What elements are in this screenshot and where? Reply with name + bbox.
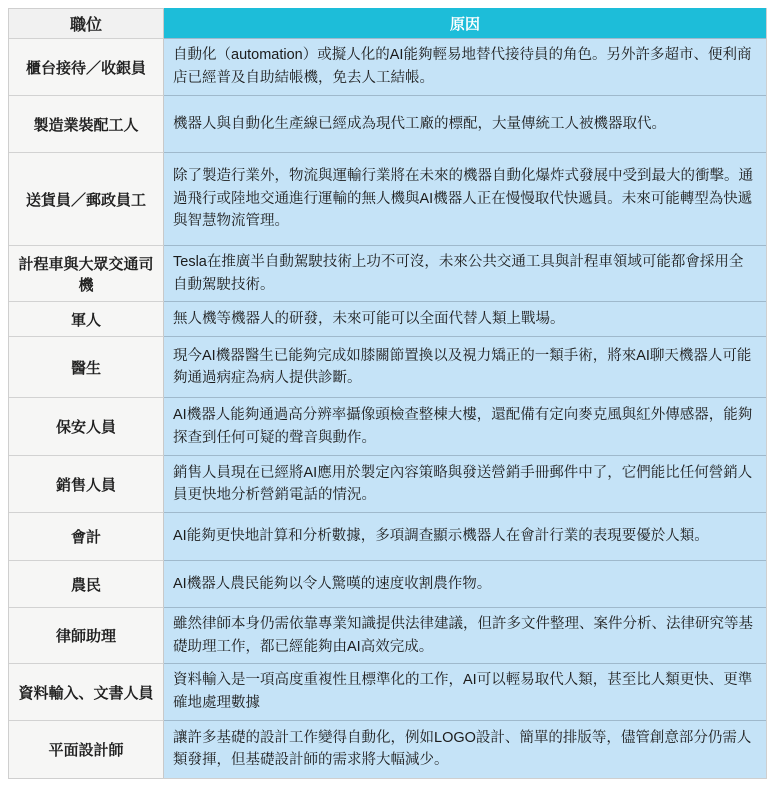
table-row: 會計 AI能夠更快地計算和分析數據，多項調查顯示機器人在會計行業的表現要優於人類…: [9, 512, 766, 560]
table-row: 律師助理 雖然律師本身仍需依靠專業知識提供法律建議，但許多文件整理、案件分析、法…: [9, 607, 766, 663]
table-row: 資料輸入、文書人員 資料輸入是一項高度重複性且標準化的工作，AI可以輕易取代人類…: [9, 663, 766, 719]
job-cell: 農民: [9, 560, 164, 607]
reason-cell: 機器人與自動化生產線已經成為現代工廠的標配，大量傳統工人被機器取代。: [164, 95, 766, 152]
table-body: 櫃台接待／收銀員 自動化（automation）或擬人化的AI能夠輕易地替代接待…: [9, 38, 766, 778]
job-cell: 醫生: [9, 336, 164, 397]
job-column-header: 職位: [9, 8, 164, 38]
reason-cell: 自動化（automation）或擬人化的AI能夠輕易地替代接待員的角色。另外許多…: [164, 38, 766, 95]
job-cell: 保安人員: [9, 397, 164, 455]
table-row: 製造業裝配工人 機器人與自動化生產線已經成為現代工廠的標配，大量傳統工人被機器取…: [9, 95, 766, 152]
table-row: 軍人 無人機等機器人的研發，未來可能可以全面代替人類上戰場。: [9, 301, 766, 336]
reason-cell: 讓許多基礎的設計工作變得自動化，例如LOGO設計、簡單的排版等，儘管創意部分仍需…: [164, 720, 766, 778]
table-row: 農民 AI機器人農民能夠以令人驚嘆的速度收割農作物。: [9, 560, 766, 607]
reason-column-header: 原因: [164, 8, 766, 38]
reason-cell: 無人機等機器人的研發，未來可能可以全面代替人類上戰場。: [164, 301, 766, 336]
table-header-row: 職位 原因: [9, 8, 766, 38]
job-cell: 資料輸入、文書人員: [9, 663, 164, 719]
reason-cell: AI機器人能夠通過高分辨率攝像頭檢查整棟大樓，還配備有定向麥克風與紅外傳感器，能…: [164, 397, 766, 455]
jobs-replaced-by-ai-table: 職位 原因 櫃台接待／收銀員 自動化（automation）或擬人化的AI能夠輕…: [8, 8, 767, 779]
reason-cell: 雖然律師本身仍需依靠專業知識提供法律建議，但許多文件整理、案件分析、法律研究等基…: [164, 607, 766, 663]
job-cell: 軍人: [9, 301, 164, 336]
job-cell: 製造業裝配工人: [9, 95, 164, 152]
reason-cell: 現今AI機器醫生已能夠完成如膝關節置換以及視力矯正的一類手術，將來AI聊天機器人…: [164, 336, 766, 397]
job-cell: 櫃台接待／收銀員: [9, 38, 164, 95]
table-row: 保安人員 AI機器人能夠通過高分辨率攝像頭檢查整棟大樓，還配備有定向麥克風與紅外…: [9, 397, 766, 455]
job-cell: 計程車與大眾交通司機: [9, 245, 164, 301]
table-row: 送貨員／郵政員工 除了製造行業外，物流與運輸行業將在未來的機器自動化爆炸式發展中…: [9, 152, 766, 245]
table-row: 計程車與大眾交通司機 Tesla在推廣半自動駕駛技術上功不可沒，未來公共交通工具…: [9, 245, 766, 301]
reason-cell: 除了製造行業外，物流與運輸行業將在未來的機器自動化爆炸式發展中受到最大的衝擊。通…: [164, 152, 766, 245]
reason-cell: AI機器人農民能夠以令人驚嘆的速度收割農作物。: [164, 560, 766, 607]
table-row: 櫃台接待／收銀員 自動化（automation）或擬人化的AI能夠輕易地替代接待…: [9, 38, 766, 95]
job-cell: 銷售人員: [9, 455, 164, 512]
reason-cell: 銷售人員現在已經將AI應用於製定內容策略與發送營銷手冊郵件中了，它們能比任何營銷…: [164, 455, 766, 512]
reason-cell: 資料輸入是一項高度重複性且標準化的工作，AI可以輕易取代人類，甚至比人類更快、更…: [164, 663, 766, 719]
reason-cell: AI能夠更快地計算和分析數據，多項調查顯示機器人在會計行業的表現要優於人類。: [164, 512, 766, 560]
job-cell: 律師助理: [9, 607, 164, 663]
job-cell: 平面設計師: [9, 720, 164, 778]
page: 職位 原因 櫃台接待／收銀員 自動化（automation）或擬人化的AI能夠輕…: [0, 0, 775, 788]
table-row: 銷售人員 銷售人員現在已經將AI應用於製定內容策略與發送營銷手冊郵件中了，它們能…: [9, 455, 766, 512]
table-row: 醫生 現今AI機器醫生已能夠完成如膝關節置換以及視力矯正的一類手術，將來AI聊天…: [9, 336, 766, 397]
reason-cell: Tesla在推廣半自動駕駛技術上功不可沒，未來公共交通工具與計程車領域可能都會採…: [164, 245, 766, 301]
job-cell: 會計: [9, 512, 164, 560]
table-row: 平面設計師 讓許多基礎的設計工作變得自動化，例如LOGO設計、簡單的排版等，儘管…: [9, 720, 766, 778]
job-cell: 送貨員／郵政員工: [9, 152, 164, 245]
